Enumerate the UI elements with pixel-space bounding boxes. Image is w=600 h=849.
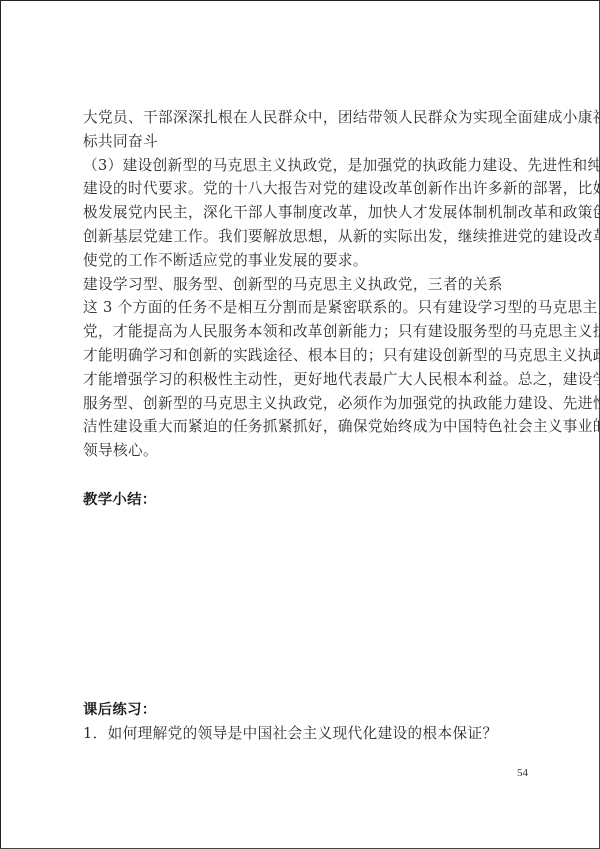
text-line: 才能增强学习的积极性主动性，更好地代表最广大人民根本利益。总之，建设学习型、 (83, 368, 527, 392)
text-line: 这 3 个方面的任务不是相互分割而是紧密联系的。只有建设学习型的马克思主义执政 (83, 296, 527, 320)
text-line: 洁性建设重大而紧迫的任务抓紧抓好，确保党始终成为中国特色社会主义事业的坚强 (83, 415, 527, 439)
text-line: 领导核心。 (83, 439, 527, 463)
section-title-line: 建设学习型、服务型、创新型的马克思主义执政党，三者的关系 (83, 273, 527, 297)
document-page: 大党员、干部深深扎根在人民群众中，团结带领人民群众为实现全面建成小康社会目 标共… (0, 0, 600, 849)
text-line: 创新基层党建工作。我们要解放思想，从新的实际出发，继续推进党的建设改革创新， (83, 225, 527, 249)
text-line: 党，才能提高为人民服务本领和改革创新能力；只有建设服务型的马克思主义执政党， (83, 320, 527, 344)
exercise-question: 1．如何理解党的领导是中国社会主义现代化建设的根本保证？ (83, 722, 498, 743)
page-number: 54 (517, 767, 528, 779)
text-line: 建设的时代要求。党的十八大报告对党的建设改革创新作出许多新的部署，比如，积 (83, 177, 527, 201)
text-line: 大党员、干部深深扎根在人民群众中，团结带领人民群众为实现全面建成小康社会目 (83, 106, 527, 130)
text-line: 使党的工作不断适应党的事业发展的要求。 (83, 249, 527, 273)
text-line: 服务型、创新型的马克思主义执政党，必须作为加强党的执政能力建设、先进性和纯 (83, 392, 527, 416)
teaching-summary-heading: 教学小结： (83, 488, 156, 509)
text-line: （3）建设创新型的马克思主义执政党，是加强党的执政能力建设、先进性和纯洁性 (83, 154, 527, 178)
text-line: 标共同奋斗 (83, 130, 527, 154)
exercises-heading: 课后练习： (83, 698, 156, 719)
text-line: 极发展党内民主，深化干部人事制度改革，加快人才发展体制机制改革和政策创新， (83, 201, 527, 225)
body-text: 大党员、干部深深扎根在人民群众中，团结带领人民群众为实现全面建成小康社会目 标共… (83, 106, 527, 463)
text-line: 才能明确学习和创新的实践途径、根本目的；只有建设创新型的马克思主义执政党， (83, 344, 527, 368)
